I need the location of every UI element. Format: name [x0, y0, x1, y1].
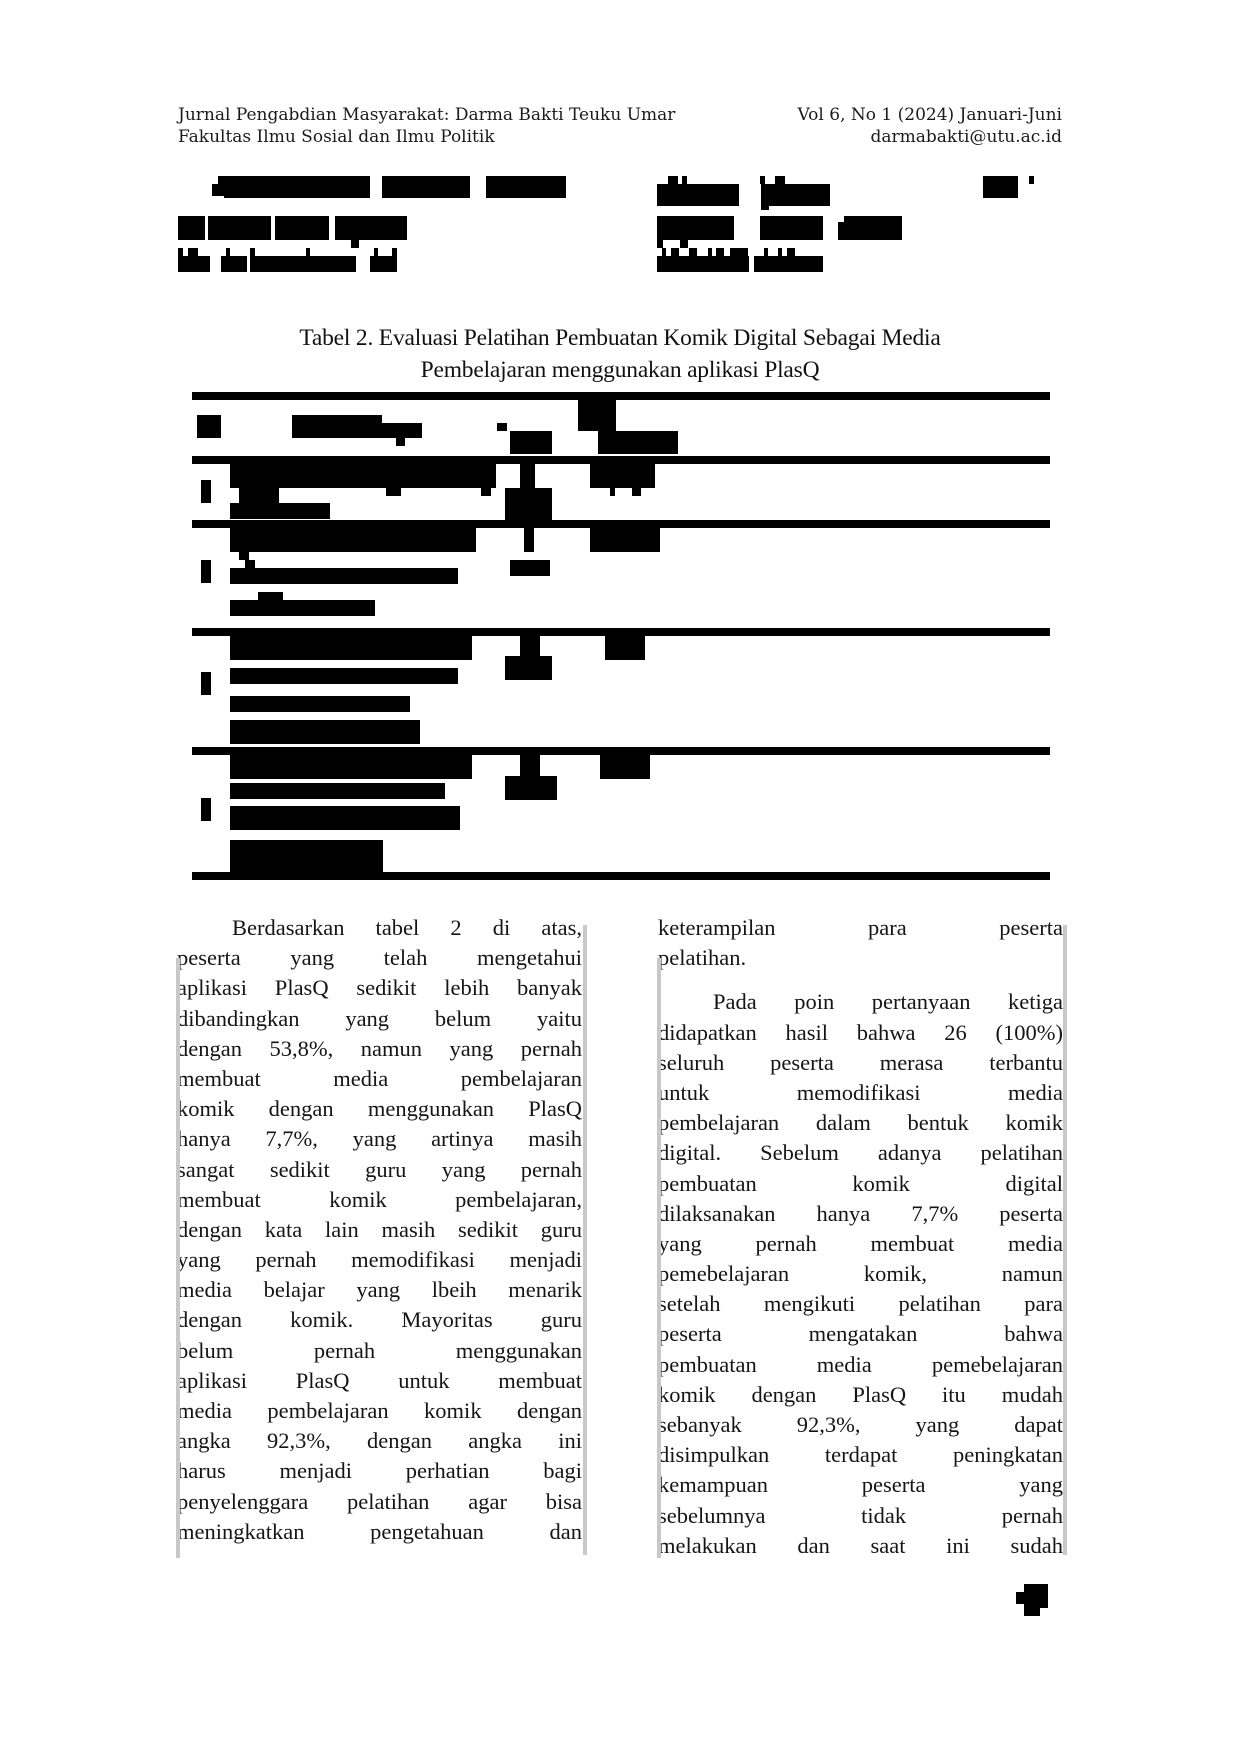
paragraph-line: yang pernah memodifikasi menjadi	[177, 1245, 582, 1275]
paragraph-line: disimpulkan terdapat peningkatan	[658, 1440, 1063, 1470]
paragraph-line: untuk memodifikasi media	[658, 1078, 1063, 1108]
paragraph-line: pembuatan komik digital	[658, 1169, 1063, 1199]
paragraph-line: pemebelajaran komik, namun	[658, 1259, 1063, 1289]
paragraph-line: media belajar yang lbeih menarik	[177, 1275, 582, 1305]
paragraph-line: peserta yang telah mengetahui	[177, 943, 582, 973]
running-header-left: Jurnal Pengabdian Masyarakat: Darma Bakt…	[178, 104, 675, 148]
paragraph-line: angka 92,3%, dengan angka ini	[177, 1426, 582, 1456]
paragraph-line: sebelumnya tidak pernah	[658, 1501, 1063, 1531]
paragraph-line: pelatihan.	[658, 943, 1063, 973]
running-header-right: Vol 6, No 1 (2024) Januari-Juni darmabak…	[797, 104, 1062, 148]
paragraph-line: Pada poin pertanyaan ketiga	[658, 987, 1063, 1017]
margin-marker	[583, 925, 587, 1555]
paragraph-line: membuat media pembelajaran	[177, 1064, 582, 1094]
paragraph-line: dibandingkan yang belum yaitu	[177, 1004, 582, 1034]
journal-email: darmabakti@utu.ac.id	[797, 126, 1062, 148]
paragraph-line: seluruh peserta merasa terbantu	[658, 1048, 1063, 1078]
paragraph-line: didapatkan hasil bahwa 26 (100%)	[658, 1018, 1063, 1048]
paragraph-line: Berdasarkan tabel 2 di atas,	[177, 913, 582, 943]
paragraph-line: aplikasi PlasQ untuk membuat	[177, 1366, 582, 1396]
paragraph-line: sangat sedikit guru yang pernah	[177, 1155, 582, 1185]
margin-marker	[657, 958, 661, 1558]
journal-title: Jurnal Pengabdian Masyarakat: Darma Bakt…	[178, 104, 675, 126]
faculty-name: Fakultas Ilmu Sosial dan Ilmu Politik	[178, 126, 675, 148]
paragraph-line: belum pernah menggunakan	[177, 1336, 582, 1366]
volume-info: Vol 6, No 1 (2024) Januari-Juni	[797, 104, 1062, 126]
paragraph-line: harus menjadi perhatian bagi	[177, 1456, 582, 1486]
table-top-rule	[192, 392, 1050, 400]
table-caption-line-1: Tabel 2. Evaluasi Pelatihan Pembuatan Ko…	[200, 322, 1040, 354]
table-row-rule-1	[192, 520, 1050, 528]
margin-marker	[1063, 925, 1067, 1555]
paragraph-line: dilaksanakan hanya 7,7% peserta	[658, 1199, 1063, 1229]
paragraph-line: membuat komik pembelajaran,	[177, 1185, 582, 1215]
body-left-column: Berdasarkan tabel 2 di atas, peserta yan…	[177, 913, 582, 1547]
table-bottom-rule	[192, 872, 1050, 880]
table-caption: Tabel 2. Evaluasi Pelatihan Pembuatan Ko…	[200, 322, 1040, 386]
paragraph-line: melakukan dan saat ini sudah	[658, 1531, 1063, 1561]
table-caption-line-2: Pembelajaran menggunakan aplikasi PlasQ	[200, 354, 1040, 386]
paragraph-line: penyelenggara pelatihan agar bisa	[177, 1487, 582, 1517]
paragraph-line: komik dengan PlasQ itu mudah	[658, 1380, 1063, 1410]
margin-marker	[176, 958, 180, 1558]
paragraph-line: dengan kata lain masih sedikit guru	[177, 1215, 582, 1245]
paragraph-line: aplikasi PlasQ sedikit lebih banyak	[177, 973, 582, 1003]
paragraph-line: keterampilan para peserta	[658, 913, 1063, 943]
paragraph-line: yang pernah membuat media	[658, 1229, 1063, 1259]
paragraph-line: dengan komik. Mayoritas guru	[177, 1305, 582, 1335]
paragraph-line: media pembelajaran komik dengan	[177, 1396, 582, 1426]
paragraph-line: kemampuan peserta yang	[658, 1470, 1063, 1500]
paragraph-line: setelah mengikuti pelatihan para	[658, 1289, 1063, 1319]
paragraph-line: sebanyak 92,3%, yang dapat	[658, 1410, 1063, 1440]
table-header-rule	[192, 456, 1050, 464]
paragraph-line: dengan 53,8%, namun yang pernah	[177, 1034, 582, 1064]
body-right-column: keterampilan para peserta pelatihan. Pad…	[658, 913, 1063, 1561]
paragraph-line: digital. Sebelum adanya pelatihan	[658, 1138, 1063, 1168]
paragraph-line: peserta mengatakan bahwa	[658, 1319, 1063, 1349]
table-row-rule-3	[192, 747, 1050, 755]
paragraph-line: pembuatan media pemebelajaran	[658, 1350, 1063, 1380]
paragraph-line: meningkatkan pengetahuan dan	[177, 1517, 582, 1547]
paragraph-line: komik dengan menggunakan PlasQ	[177, 1094, 582, 1124]
table-row-rule-2	[192, 628, 1050, 636]
paragraph-line: hanya 7,7%, yang artinya masih	[177, 1124, 582, 1154]
paragraph-line: pembelajaran dalam bentuk komik	[658, 1108, 1063, 1138]
